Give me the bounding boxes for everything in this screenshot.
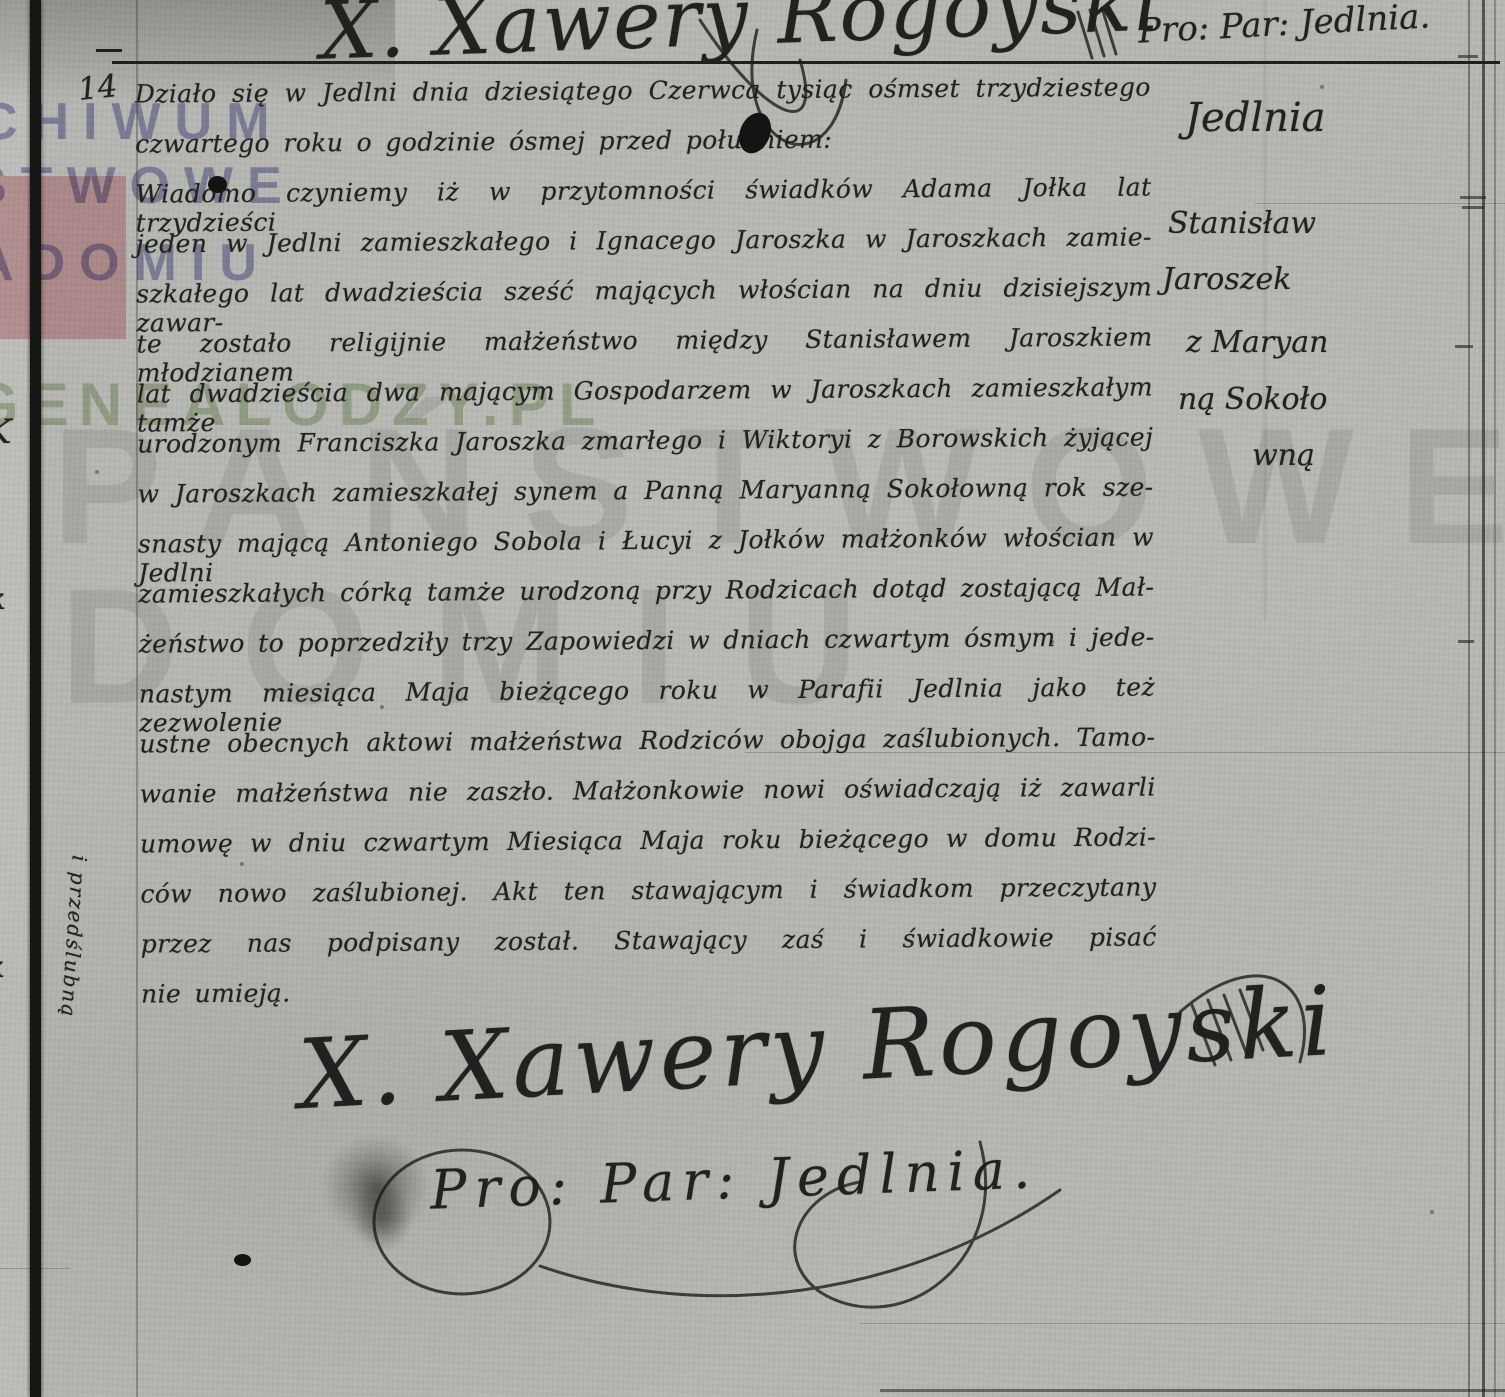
faint-line (860, 1323, 1505, 1324)
cut-text-fragment: k (0, 950, 5, 985)
paper-speck (380, 705, 384, 709)
paper-speck (1320, 85, 1324, 89)
ink-smudge (352, 1182, 412, 1252)
faint-line (745, 752, 1505, 753)
bottom-edge-line (880, 1389, 1505, 1392)
scanned-record-page: PAŃSTWOWE DOMIU CHIWUM STWOWE ADOMIU GEN… (0, 0, 1505, 1397)
paper-speck (1430, 1210, 1434, 1214)
cut-text-fragment: K (0, 412, 11, 452)
cut-text-fragment: k (0, 582, 6, 617)
faint-line (0, 1268, 70, 1269)
paper-speck (95, 470, 99, 474)
faint-line (1255, 203, 1505, 204)
paper-speck (1050, 640, 1054, 644)
ink-blot (234, 1254, 251, 1266)
ink-blot (208, 176, 227, 193)
signature-flourish (0, 0, 1505, 1397)
paper-speck (240, 862, 244, 866)
